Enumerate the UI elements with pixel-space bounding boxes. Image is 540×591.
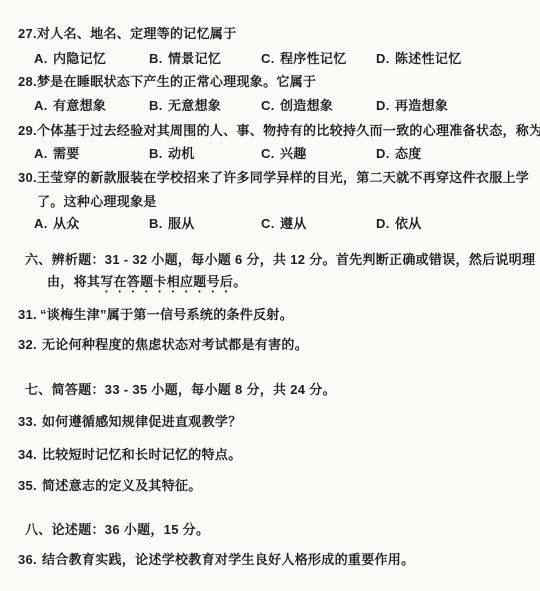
question-stem: 梦是在睡眠状态下产生的正常心理现象。它属于: [37, 73, 316, 91]
question-number: 36.: [18, 551, 37, 569]
section-heading: 八、论述题：36 小题，15 分。: [25, 521, 209, 539]
option-d: D.再造想象: [376, 97, 448, 115]
question-33-line: 33. 如何遵循感知规律促进直观教学？: [0, 413, 540, 435]
heading-text: 由，将其: [47, 274, 100, 289]
question-number: 30.: [18, 169, 37, 187]
question-text: “谈梅生津”属于第一信号系统的条件反射。: [40, 306, 293, 324]
option-text: 无意想象: [168, 98, 221, 113]
option-label: C.: [261, 97, 280, 115]
question-34-line: 34. 比较短时记忆和长时记忆的特点。: [0, 446, 540, 468]
section-six-heading-line1: 六、辨析题：31 - 32 小题，每小题 6 分，共 12 分。首先判断正确或错…: [0, 251, 540, 273]
option-label: D.: [376, 215, 395, 233]
option-label: D.: [376, 97, 395, 115]
question-31-line: 31. “谈梅生津”属于第一信号系统的条件反射。: [0, 306, 540, 328]
option-text: 创造想象: [280, 98, 333, 113]
heading-text: 。: [233, 274, 246, 289]
option-text: 陈述性记忆: [395, 51, 462, 66]
question-stem-continued: 了。这种心理现象是: [37, 193, 157, 211]
option-label: C.: [261, 215, 280, 233]
question-35-line: 35. 简述意志的定义及其特征。: [0, 477, 540, 499]
option-text: 服从: [168, 216, 195, 231]
question-text: 比较短时记忆和长时记忆的特点。: [42, 446, 242, 464]
question-32-line: 32. 无论何种程度的焦虑状态对考试都是有害的。: [0, 336, 540, 358]
question-27-options-row: A.内隐记忆 B.情景记忆 C.程序性记忆 D.陈述性记忆: [0, 50, 540, 72]
question-29-stem-line: 29. 个体基于过去经验对其周围的人、事、物持有的比较持久而一致的心理准备状态，…: [0, 122, 540, 144]
question-number: 28.: [18, 73, 37, 91]
option-a: A.从众: [34, 215, 80, 233]
option-a: A.需要: [34, 145, 80, 163]
option-label: B.: [149, 97, 168, 115]
question-stem: 对人名、地名、定理等的记忆属于: [37, 25, 237, 43]
option-d: D.依从: [376, 215, 422, 233]
option-label: B.: [149, 145, 168, 163]
option-d: D.态度: [376, 145, 422, 163]
heading-emphasized-text: 写在答题卡相应题号后: [100, 274, 233, 289]
option-label: D.: [376, 145, 395, 163]
option-text: 态度: [395, 146, 422, 161]
option-text: 从众: [53, 216, 80, 231]
option-label: B.: [149, 215, 168, 233]
question-text: 结合教育实践，论述学校教育对学生良好人格形成的重要作用。: [42, 551, 414, 569]
option-b: B.情景记忆: [149, 50, 221, 68]
question-stem: 个体基于过去经验对其周围的人、事、物持有的比较持久而一致的心理准备状态，称为: [37, 122, 540, 140]
section-heading: 七、简答题：33 - 35 小题，每小题 8 分，共 24 分。: [25, 381, 336, 399]
option-c: C.兴趣: [261, 145, 307, 163]
question-text: 无论何种程度的焦虑状态对考试都是有害的。: [42, 336, 308, 354]
question-text: 简述意志的定义及其特征。: [42, 477, 202, 495]
option-label: B.: [149, 50, 168, 68]
option-d: D.陈述性记忆: [376, 50, 462, 68]
option-b: B.无意想象: [149, 97, 221, 115]
option-text: 动机: [168, 146, 195, 161]
option-c: C.遵从: [261, 215, 307, 233]
option-c: C.创造想象: [261, 97, 333, 115]
option-a: A.有意想象: [34, 97, 106, 115]
option-c: C.程序性记忆: [261, 50, 347, 68]
option-label: A.: [34, 50, 53, 68]
question-28-options-row: A.有意想象 B.无意想象 C.创造想象 D.再造想象: [0, 97, 540, 119]
option-text: 依从: [395, 216, 422, 231]
question-number: 32.: [18, 336, 37, 354]
option-label: D.: [376, 50, 395, 68]
question-stem: 王莹穿的新款服装在学校招来了许多同学异样的目光，第二天就不再穿这件衣服上学: [37, 169, 529, 187]
section-six-heading-line2: 由，将其写在答题卡相应题号后。: [0, 273, 540, 295]
question-28-stem-line: 28. 梦是在睡眠状态下产生的正常心理现象。它属于: [0, 73, 540, 95]
option-a: A.内隐记忆: [34, 50, 106, 68]
option-text: 程序性记忆: [280, 51, 347, 66]
option-text: 遵从: [280, 216, 307, 231]
question-27-stem-line: 27. 对人名、地名、定理等的记忆属于: [0, 25, 540, 47]
section-eight-heading: 八、论述题：36 小题，15 分。: [0, 521, 540, 543]
option-label: A.: [34, 97, 53, 115]
option-label: C.: [261, 145, 280, 163]
option-b: B.服从: [149, 215, 195, 233]
question-number: 35.: [18, 477, 37, 495]
question-30-stem-line2: 了。这种心理现象是: [0, 193, 540, 215]
question-number: 33.: [18, 413, 37, 431]
question-number: 27.: [18, 25, 37, 43]
option-text: 情景记忆: [168, 51, 221, 66]
question-number: 34.: [18, 446, 37, 464]
section-seven-heading: 七、简答题：33 - 35 小题，每小题 8 分，共 24 分。: [0, 381, 540, 403]
question-36-line: 36. 结合教育实践，论述学校教育对学生良好人格形成的重要作用。: [0, 551, 540, 573]
question-number: 29.: [18, 122, 37, 140]
section-heading-continued: 由，将其写在答题卡相应题号后。: [47, 273, 247, 296]
question-29-options-row: A.需要 B.动机 C.兴趣 D.态度: [0, 145, 540, 167]
question-30-options-row: A.从众 B.服从 C.遵从 D.依从: [0, 215, 540, 237]
option-text: 内隐记忆: [53, 51, 106, 66]
option-b: B.动机: [149, 145, 195, 163]
section-heading: 六、辨析题：31 - 32 小题，每小题 6 分，共 12 分。首先判断正确或错…: [25, 251, 535, 269]
option-label: A.: [34, 145, 53, 163]
question-number: 31.: [18, 306, 37, 324]
option-text: 再造想象: [395, 98, 448, 113]
option-label: A.: [34, 215, 53, 233]
option-text: 兴趣: [280, 146, 307, 161]
question-30-stem-line1: 30. 王莹穿的新款服装在学校招来了许多同学异样的目光，第二天就不再穿这件衣服上…: [0, 169, 540, 191]
option-text: 需要: [53, 146, 80, 161]
question-text: 如何遵循感知规律促进直观教学？: [42, 413, 242, 431]
option-label: C.: [261, 50, 280, 68]
option-text: 有意想象: [53, 98, 106, 113]
exam-page: 27. 对人名、地名、定理等的记忆属于 A.内隐记忆 B.情景记忆 C.程序性记…: [0, 0, 540, 591]
